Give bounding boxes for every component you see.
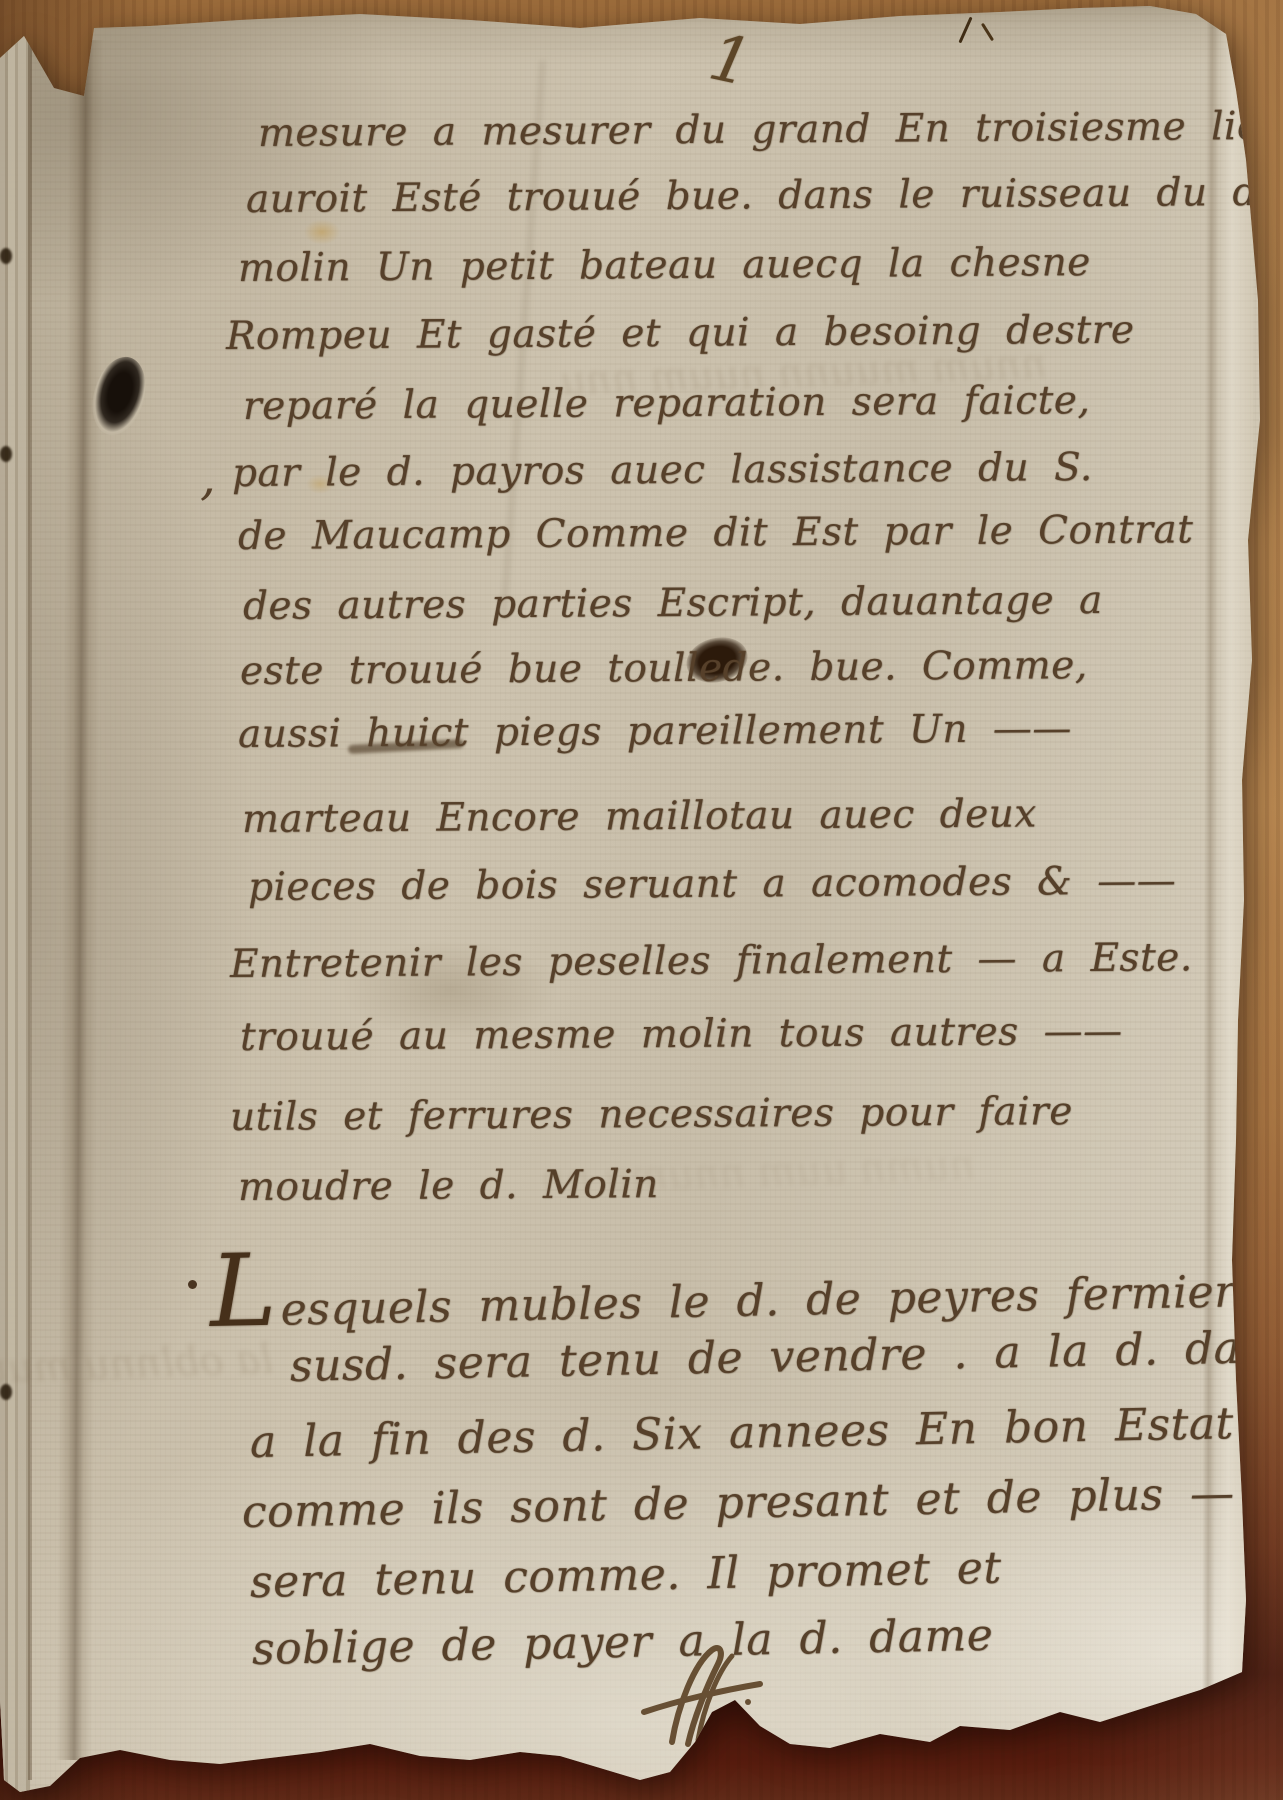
manuscript-line: des autres parties Escript, dauantage a	[243, 579, 1103, 630]
stitch-mark	[0, 446, 12, 462]
manuscript-line: auroit Esté trouué bue. dans le ruisseau…	[246, 171, 1271, 223]
corner-ink-marks	[958, 12, 1018, 60]
manuscript-line: Entretenir les peselles finalement — a E…	[230, 936, 1193, 988]
paper-sheet-wrap: nnum muunn nuum nnu la oblnnu muun numn …	[0, 0, 1283, 1800]
manuscript-line: moudre le d. Molin	[238, 1163, 659, 1211]
manuscript-line: trouué au mesme molin tous autres ——	[240, 1010, 1123, 1061]
manuscript-line: comme ils sont de presant et de plus —	[242, 1469, 1235, 1539]
manuscript-line: Rompeu Et gasté et qui a besoing destre	[226, 309, 1135, 360]
manuscript-line: de Maucamp Comme dit Est par le Contrat	[238, 508, 1194, 560]
manuscript-line: este trouué bue toullede. bue. Comme,	[240, 644, 1088, 695]
stitch-mark	[0, 1384, 12, 1400]
manuscript-line: Lesquels mubles le d. de peyres fermier	[209, 1232, 1236, 1337]
margin-dot	[188, 1280, 197, 1289]
paraph-flourish-icon	[620, 1642, 790, 1756]
manuscript-line: sera tenu comme. Il promet et	[250, 1544, 1002, 1609]
manuscript-line: pieces de bois seruant a acomodes & ——	[248, 860, 1176, 911]
gutter-crease	[56, 40, 104, 1760]
manuscript-line: aussi huict piegs pareillement Un ——	[238, 707, 1072, 758]
manuscript-line: molin Un petit bateau auecq la chesne	[238, 241, 1091, 292]
manuscript-line: reparé la quelle reparation sera faicte,	[243, 379, 1091, 430]
stitch-mark	[0, 248, 12, 264]
manuscript-photo: nnum muunn nuum nnu la oblnnu muun numn …	[0, 0, 1283, 1800]
margin-mark: ,	[200, 448, 216, 506]
manuscript-line: marteau Encore maillotau auec deux	[242, 792, 1037, 842]
binding-leaf-edges	[0, 34, 30, 1794]
manuscript-line: utils et ferrures necessaires pour faire	[230, 1090, 1073, 1141]
gutter-line	[28, 40, 32, 1780]
manuscript-line: a la fin des d. Six annees En bon Estat	[250, 1399, 1235, 1468]
manuscript-line: par le d. payros auec lassistance du S.	[232, 446, 1093, 497]
manuscript-line: mesure a mesurer du grand En troisiesme …	[258, 105, 1283, 157]
paper-sheet: nnum muunn nuum nnu la oblnnu muun numn …	[0, 0, 1283, 1800]
page-number: 1	[703, 21, 758, 102]
